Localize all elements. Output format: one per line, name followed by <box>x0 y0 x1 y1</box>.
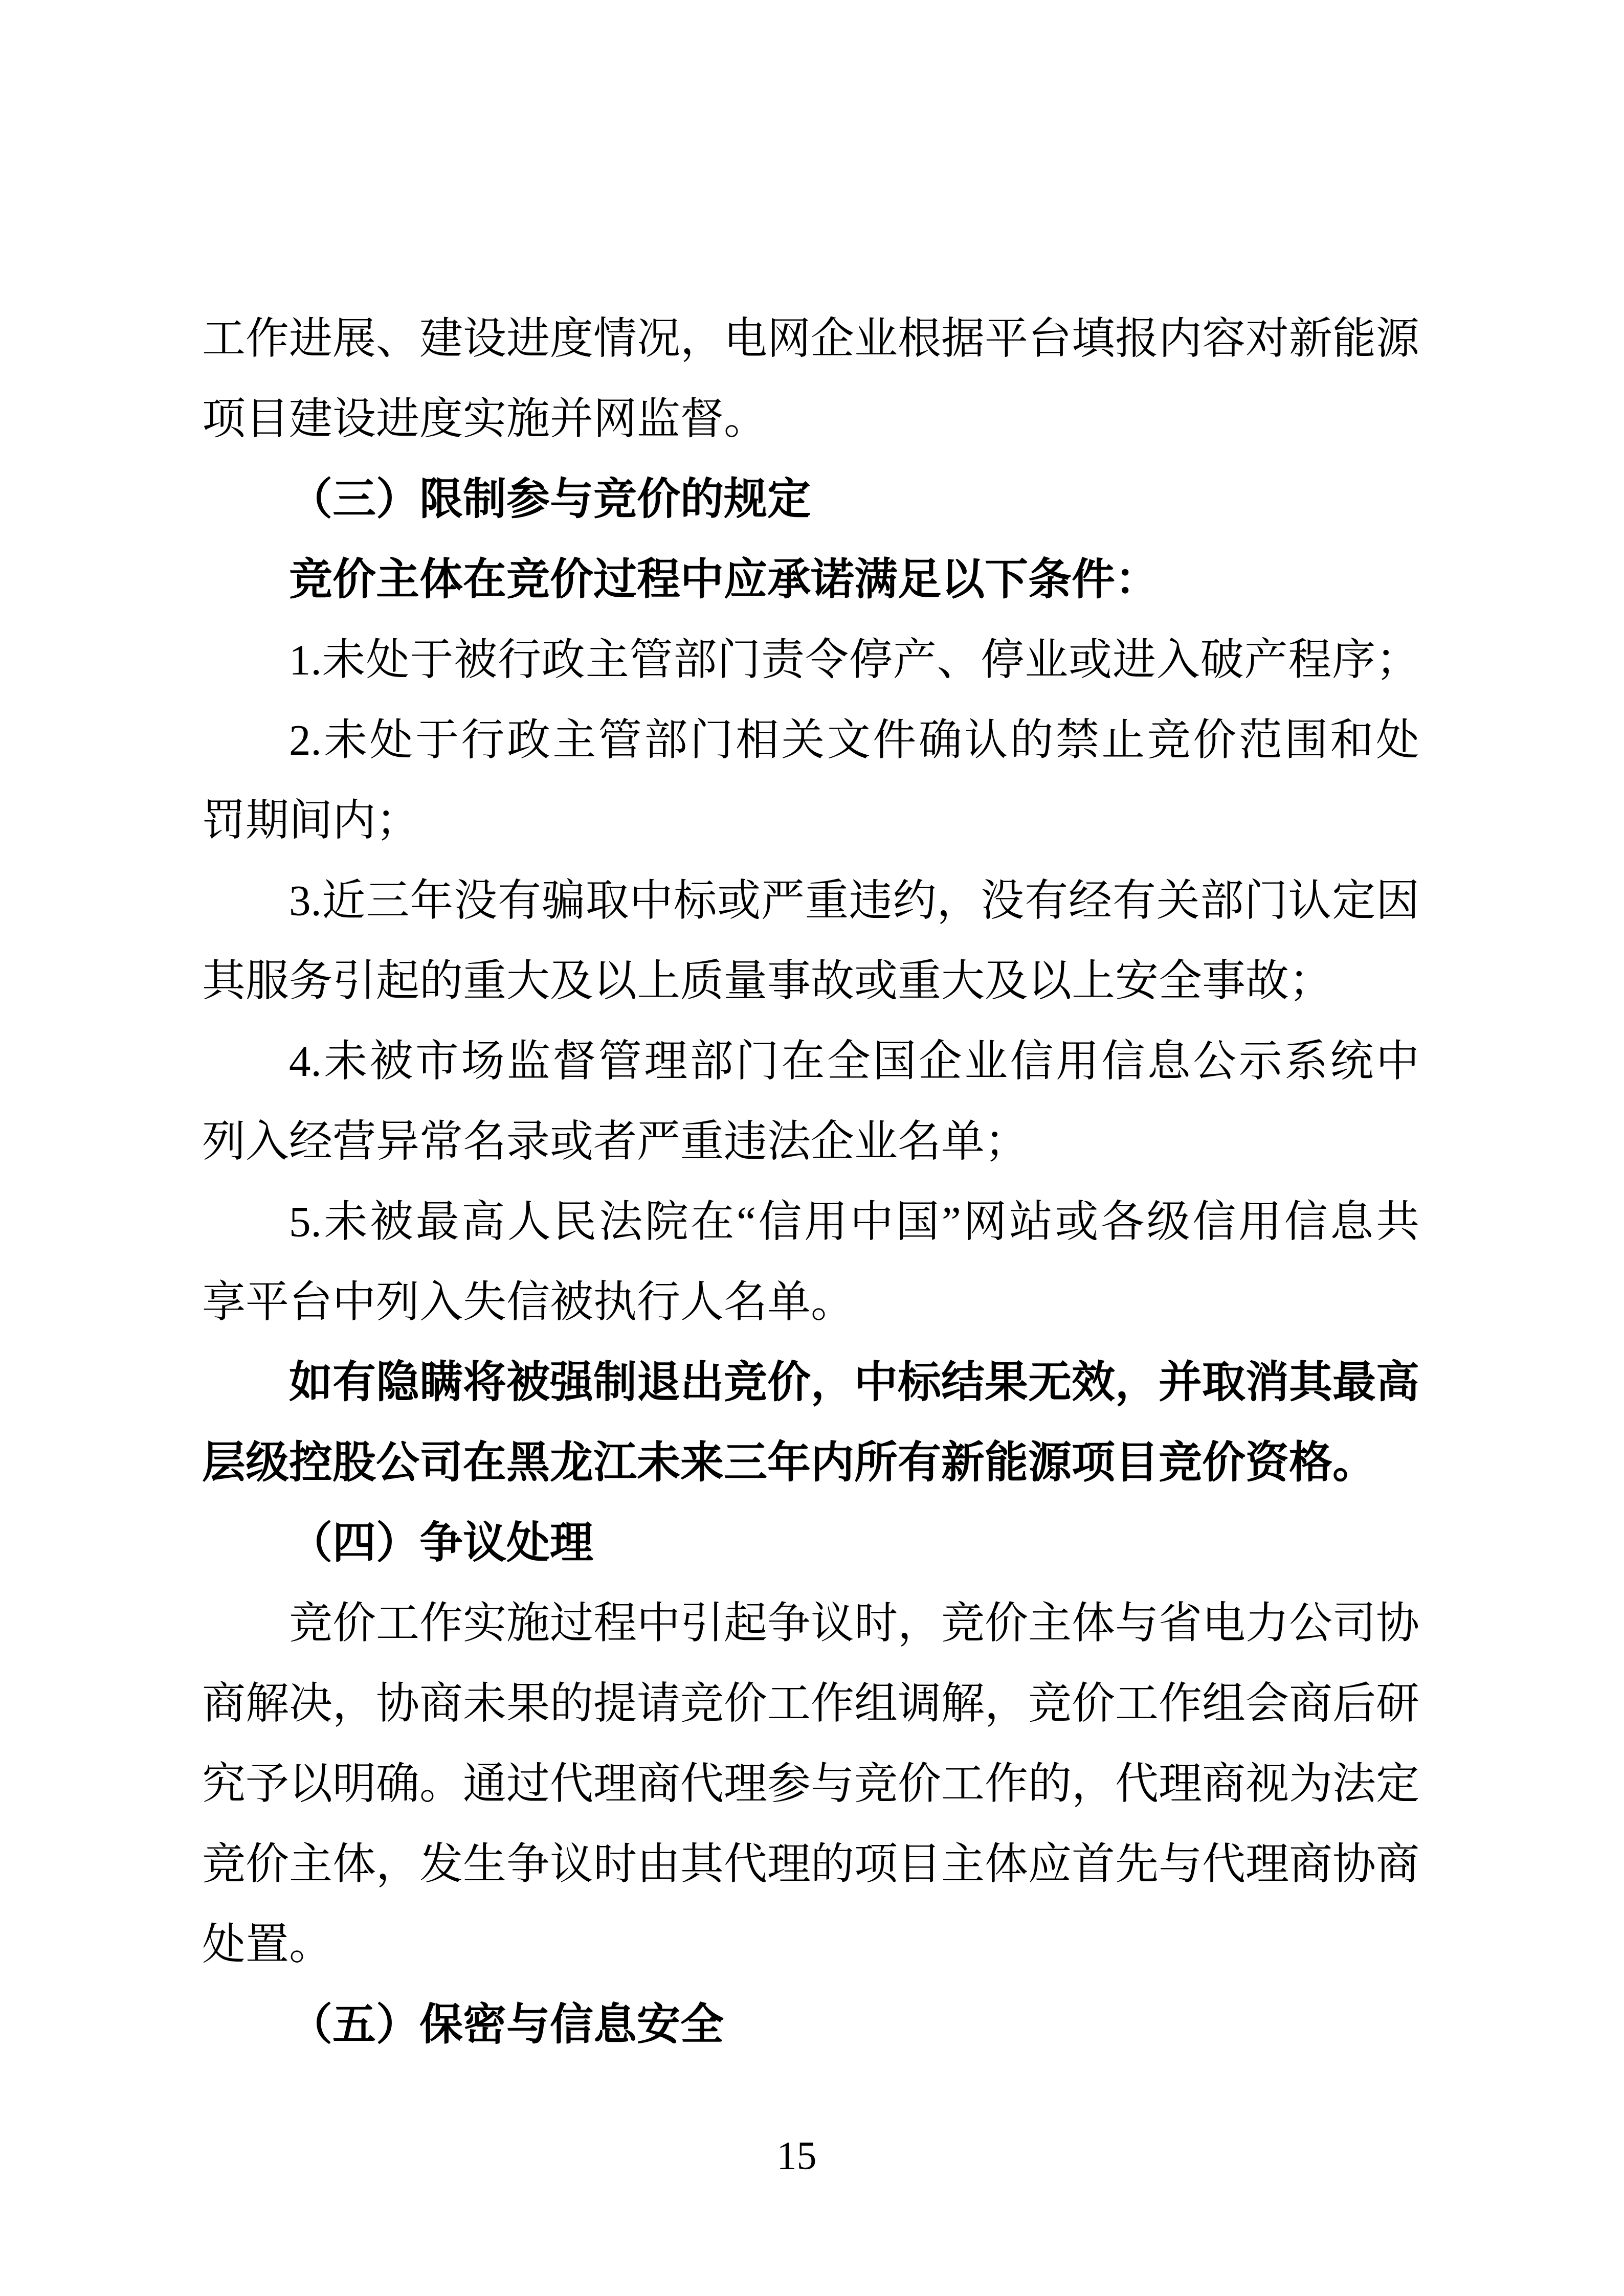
text-line: 享平台中列入失信被执行人名单。 <box>202 1263 1419 1343</box>
conditions-lead-line: 竞价主体在竞价过程中应承诺满足以下条件： <box>202 540 1419 620</box>
text-line: 罚期间内； <box>202 781 1419 861</box>
document-page: 工作进展、建设进度情况，电网企业根据平台填报内容对新能源 项目建设进度实施并网监… <box>0 0 1624 2296</box>
condition-item-1: 1.未处于被行政主管部门责令停产、停业或进入破产程序； <box>202 620 1419 701</box>
section-heading-four: （四）争议处理 <box>202 1503 1419 1584</box>
text-line: 其服务引起的重大及以上质量事故或重大及以上安全事故； <box>202 941 1419 1022</box>
condition-item-2: 2.未处于行政主管部门相关文件确认的禁止竞价范围和处 <box>202 701 1419 781</box>
warning-line: 层级控股公司在黑龙江未来三年内所有新能源项目竞价资格。 <box>202 1423 1419 1503</box>
text-line: 工作进展、建设进度情况，电网企业根据平台填报内容对新能源 <box>202 299 1419 379</box>
warning-line: 如有隐瞒将被强制退出竞价，中标结果无效，并取消其最高 <box>202 1343 1419 1423</box>
text-line: 商解决，协商未果的提请竞价工作组调解，竞价工作组会商后研 <box>202 1664 1419 1744</box>
condition-item-5: 5.未被最高人民法院在“信用中国”网站或各级信用信息共 <box>202 1182 1419 1263</box>
text-line: 列入经营异常名录或者严重违法企业名单； <box>202 1102 1419 1182</box>
text-line: 竞价工作实施过程中引起争议时，竞价主体与省电力公司协 <box>202 1584 1419 1664</box>
text-line: 项目建设进度实施并网监督。 <box>202 379 1419 460</box>
text-line: 处置。 <box>202 1905 1419 1985</box>
section-heading-five: （五）保密与信息安全 <box>202 1985 1419 2065</box>
condition-item-4: 4.未被市场监督管理部门在全国企业信用信息公示系统中 <box>202 1022 1419 1102</box>
document-body: 工作进展、建设进度情况，电网企业根据平台填报内容对新能源 项目建设进度实施并网监… <box>202 299 1419 2065</box>
section-heading-three: （三）限制参与竞价的规定 <box>202 460 1419 540</box>
text-line: 竞价主体，发生争议时由其代理的项目主体应首先与代理商协商 <box>202 1825 1419 1905</box>
page-number: 15 <box>0 2127 1593 2184</box>
text-line: 究予以明确。通过代理商代理参与竞价工作的，代理商视为法定 <box>202 1744 1419 1825</box>
condition-item-3: 3.近三年没有骗取中标或严重违约，没有经有关部门认定因 <box>202 861 1419 941</box>
